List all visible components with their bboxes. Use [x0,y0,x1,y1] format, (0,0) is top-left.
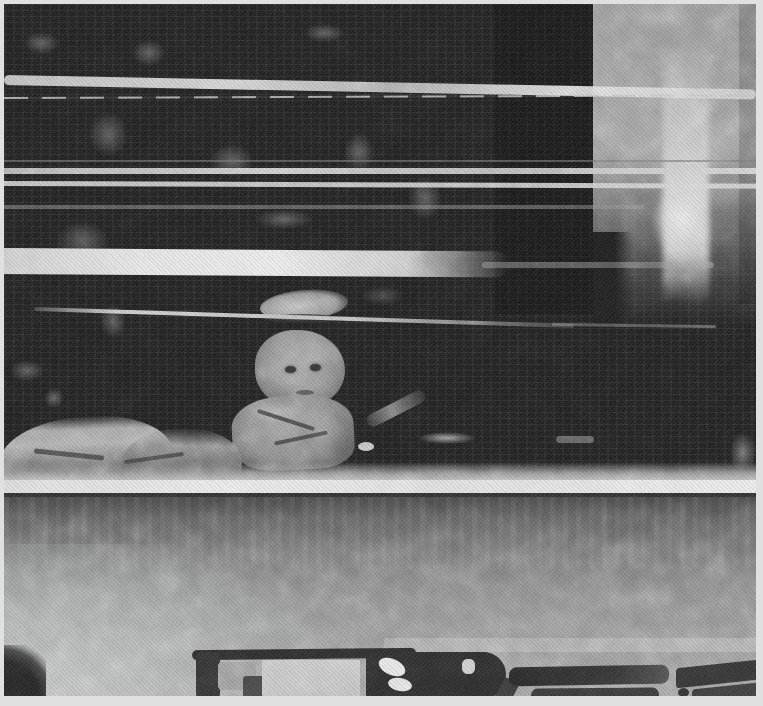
mottle-blob [360,286,404,306]
mottle-blob [132,40,166,66]
band-lower-shadow [593,232,633,326]
person-mouth-shadow [296,390,314,395]
small-glint [358,442,374,451]
mottle-blob [24,32,60,54]
car-windshield [262,660,360,696]
mottle-blob [44,388,64,408]
corner-dark-fender [4,645,46,696]
scan-paper: { "image": { "type": "black-and-white ha… [0,0,763,706]
hand-highlight [418,432,476,444]
car-pillar [196,652,220,696]
light-flare-blob [651,182,713,256]
photo-caption: Grainy halftone photograph of a person i… [0,0,1,1]
bright-horizontal-band [4,248,509,278]
person-eye-left [285,366,296,373]
right-edge-shading [739,4,756,304]
foreground-faint-band [384,638,756,652]
dark-dot [678,688,689,696]
mottle-blob [344,132,374,172]
mottle-blob [304,24,344,42]
faint-streak-partial [4,205,644,209]
faint-streak [4,160,756,162]
mottle-blob [88,112,128,156]
dark-bar-upper [509,665,669,687]
right-light-band [593,4,756,326]
mottle-blob [254,209,314,229]
bright-band-tail [482,262,714,268]
sill-transition [4,462,756,482]
dark-bar-lower [531,687,659,696]
car-light-notch [462,659,475,674]
bright-sill-band [4,480,756,493]
mottle-blob [10,360,44,382]
highlight-streak-middle-1 [4,168,756,174]
photo-area [4,4,756,696]
faint-dash [556,436,594,443]
person-eye-right [310,364,321,371]
